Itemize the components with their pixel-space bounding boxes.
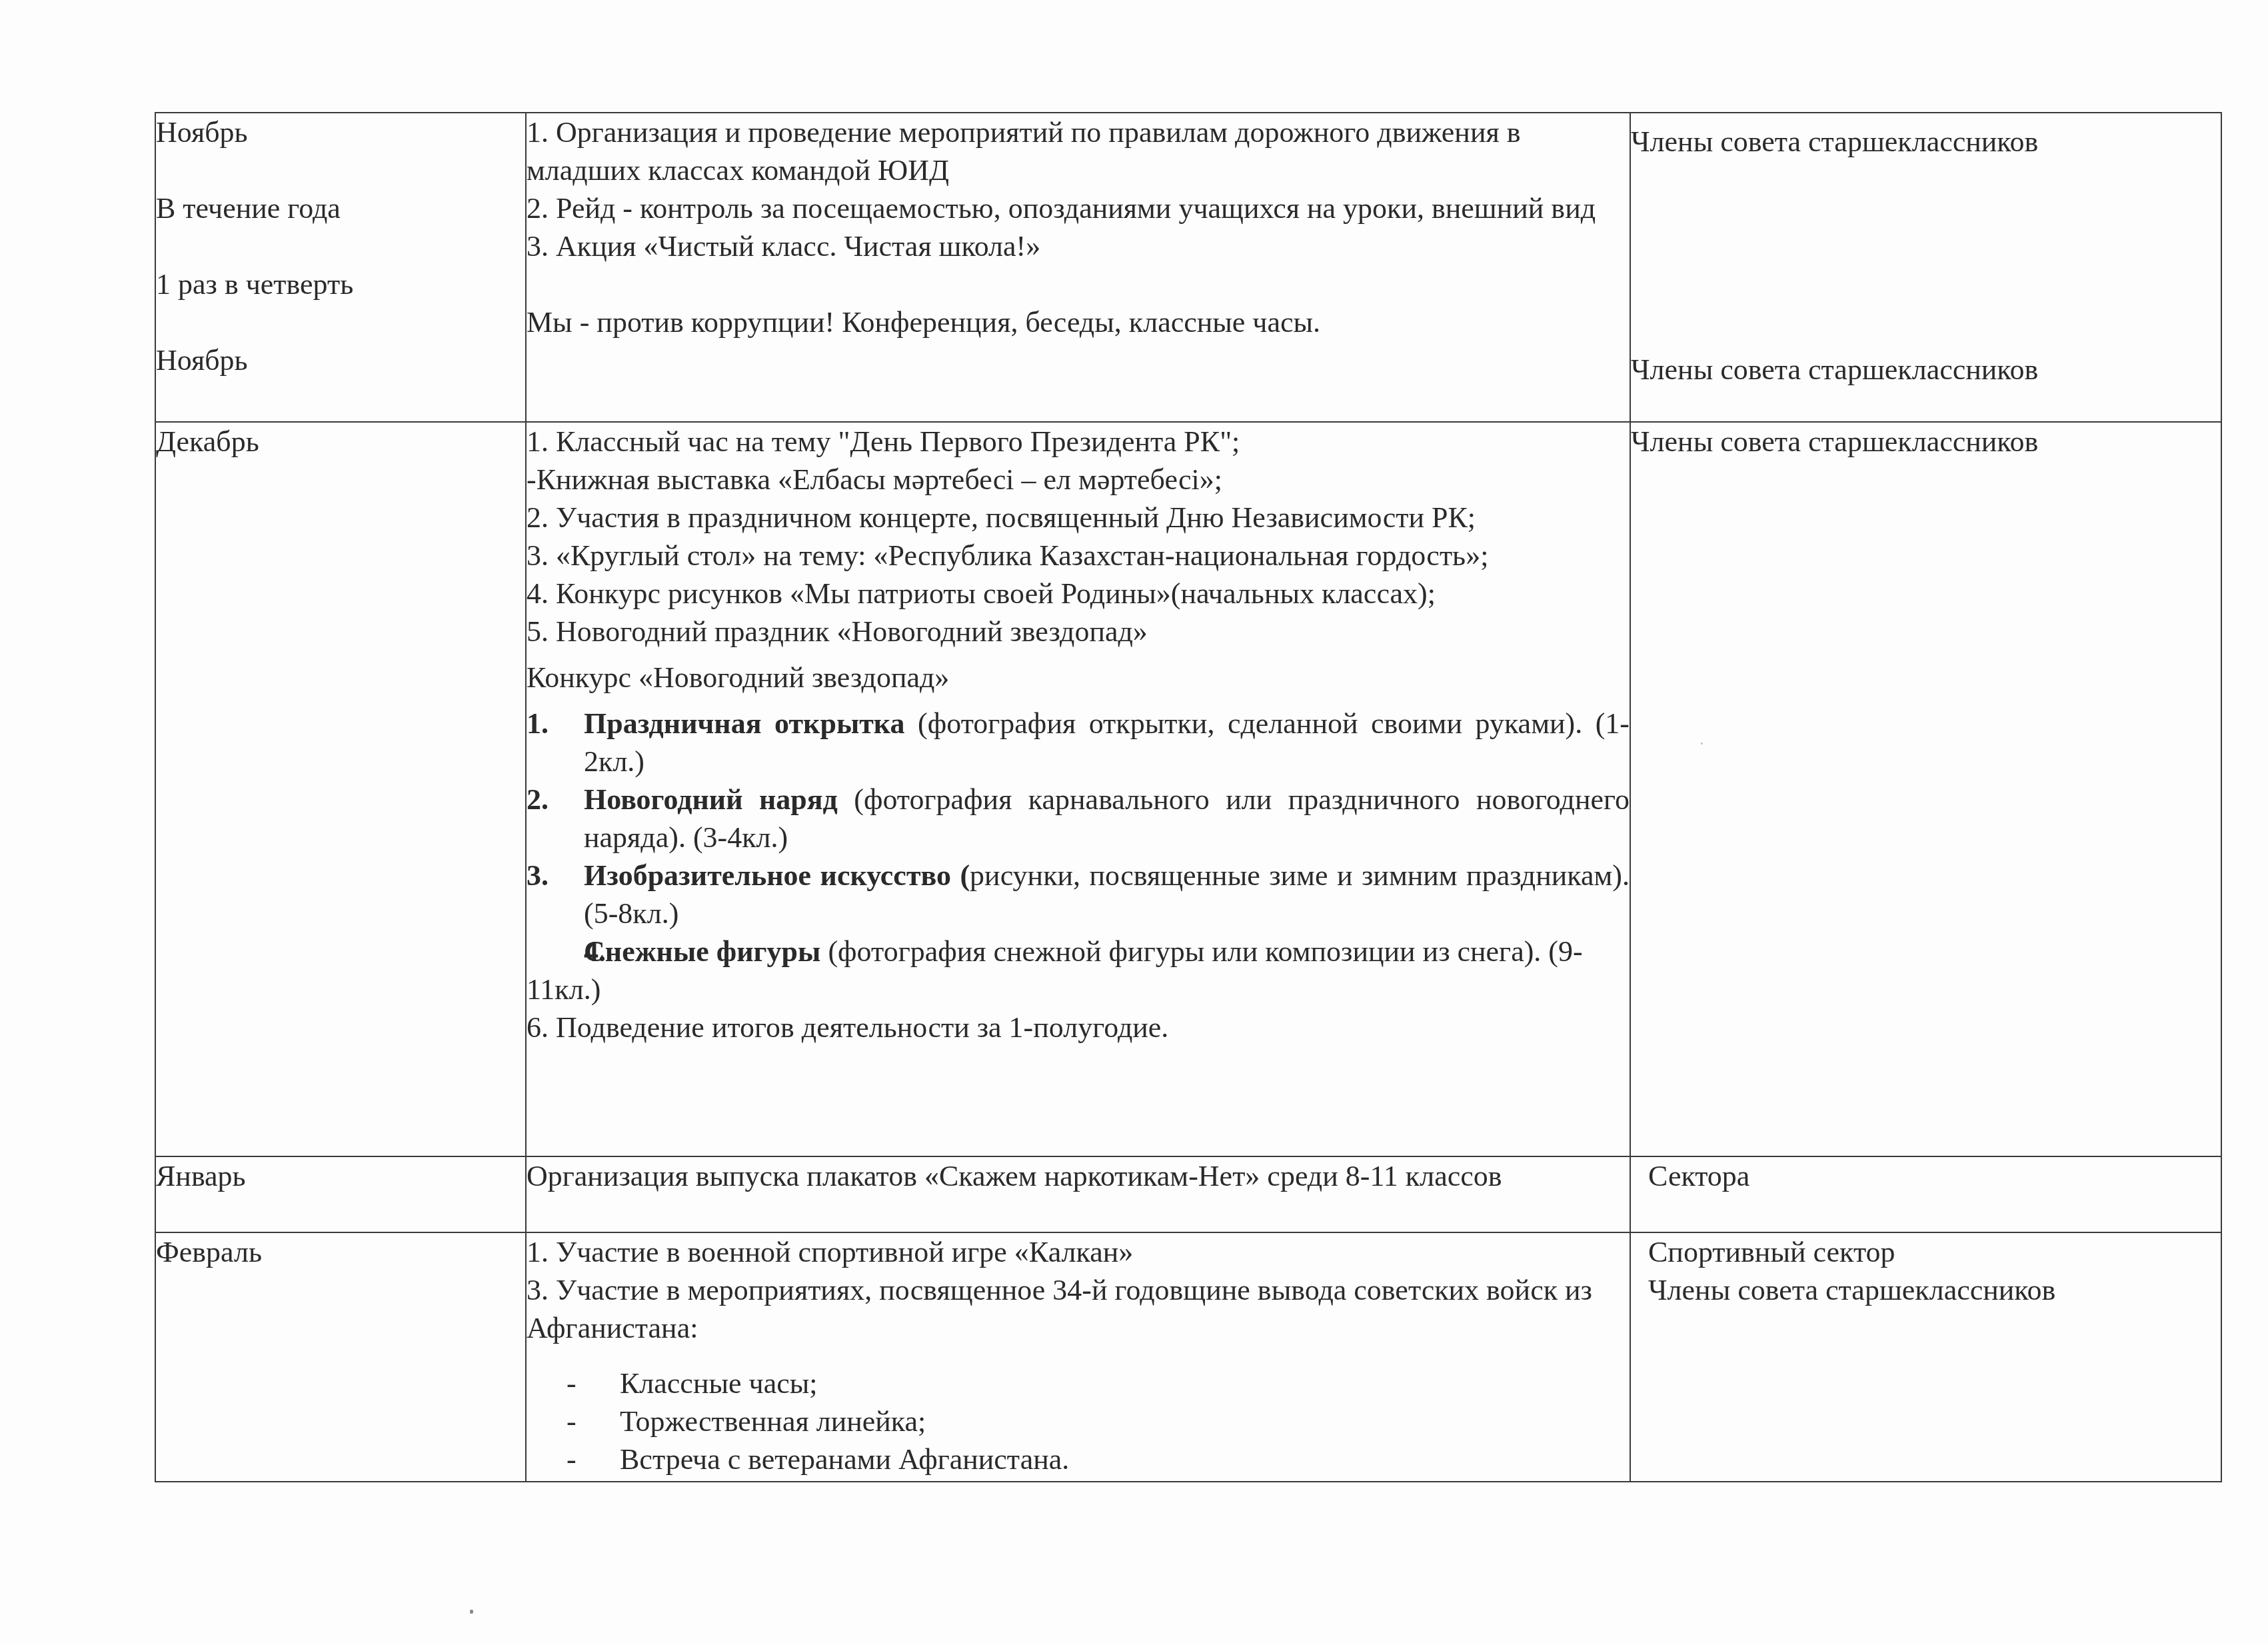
activity-item: 5. Новогодний праздник «Новогодний звезд… — [527, 613, 1630, 651]
responsible-label: Сектора — [1648, 1157, 2221, 1195]
dash-bullet-icon: - — [567, 1364, 576, 1402]
contest-item-number: 2. — [527, 781, 549, 819]
contest-item-title: Снежные фигуры — [584, 935, 820, 968]
sub-item: -Классные часы; — [527, 1364, 1630, 1402]
activity-item: 2. Рейд - контроль за посещаемостью, опо… — [527, 189, 1630, 227]
contest-item-title: Праздничная открытка — [584, 707, 905, 740]
activity-item: 1. Участие в военной спортивной игре «Ка… — [527, 1233, 1630, 1271]
activities-cell: 1. Организация и проведение мероприятий … — [526, 113, 1630, 422]
contest-item-number: 4. — [527, 932, 606, 970]
contest-list: 1.Праздничная открытка (фотография откры… — [527, 705, 1630, 1008]
contest-item: 1.Праздничная открытка (фотография откры… — [527, 705, 1630, 781]
responsible-cell: Сектора — [1630, 1156, 2221, 1232]
sub-item: -Торжественная линейка; — [527, 1402, 1630, 1440]
activity-plan-table: Ноябрь В течение года 1 раз в четверть Н… — [155, 112, 2222, 1482]
dash-bullet-icon: - — [567, 1402, 576, 1440]
contest-item-number: 1. — [527, 705, 549, 743]
scan-speck — [470, 1610, 473, 1614]
contest-title: Конкурс «Новогодний звездопад» — [527, 659, 1630, 697]
activity-item: 3. Акция «Чистый класс. Чистая школа!» — [527, 227, 1630, 265]
period-label: Декабрь — [156, 423, 525, 461]
sub-item-list: -Классные часы; -Торжественная линейка; … — [527, 1364, 1630, 1478]
contest-item-title: Изобразительное искусство ( — [584, 859, 970, 892]
responsible-cell: Члены совета старшеклассников Члены сове… — [1630, 113, 2221, 422]
period-label: В течение года — [156, 189, 525, 227]
table-row-december: Декабрь 1. Классный час на тему "День Пе… — [155, 422, 2221, 1156]
responsible-label: Члены совета старшеклассников — [1631, 423, 2221, 461]
contest-item: 2.Новогодний наряд (фотография карнаваль… — [527, 781, 1630, 856]
period-label: Ноябрь — [156, 341, 525, 379]
scan-speck — [1701, 743, 1703, 745]
activity-item: 1. Организация и проведение мероприятий … — [527, 113, 1630, 189]
responsible-cell: Спортивный сектор Члены совета старшекла… — [1630, 1232, 2221, 1482]
responsible-cell: Члены совета старшеклассников — [1630, 422, 2221, 1156]
activity-item: 6. Подведение итогов деятельности за 1-п… — [527, 1008, 1630, 1046]
period-label: Ноябрь — [156, 113, 525, 151]
sub-item-text: Торжественная линейка; — [620, 1405, 926, 1438]
dash-bullet-icon: - — [567, 1440, 576, 1478]
period-cell: Февраль — [155, 1232, 526, 1482]
activity-item: 1. Классный час на тему "День Первого Пр… — [527, 423, 1630, 461]
activity-item: Организация выпуска плакатов «Скажем нар… — [527, 1157, 1630, 1195]
contest-item: 4.Снежные фигуры (фотография снежной фиг… — [527, 932, 1630, 1008]
period-label: Февраль — [156, 1233, 525, 1271]
table-row-february: Февраль 1. Участие в военной спортивной … — [155, 1232, 2221, 1482]
sub-item-text: Классные часы; — [620, 1367, 818, 1400]
responsible-label: Члены совета старшеклассников — [1631, 123, 2221, 161]
scanned-page: Ноябрь В течение года 1 раз в четверть Н… — [0, 0, 2268, 1643]
period-label: 1 раз в четверть — [156, 265, 525, 303]
contest-item-number: 3. — [527, 856, 549, 894]
table-row-january: Январь Организация выпуска плакатов «Ска… — [155, 1156, 2221, 1232]
contest-item: 3.Изобразительное искусство (рисунки, по… — [527, 856, 1630, 932]
responsible-label: Спортивный сектор — [1648, 1233, 2221, 1271]
activities-cell: Организация выпуска плакатов «Скажем нар… — [526, 1156, 1630, 1232]
responsible-label: Члены совета старшеклассников — [1631, 351, 2221, 389]
activity-item: 3. «Круглый стол» на тему: «Республика К… — [527, 537, 1630, 575]
period-cell: Ноябрь В течение года 1 раз в четверть Н… — [155, 113, 526, 422]
period-cell: Январь — [155, 1156, 526, 1232]
activity-item: 4. Конкурс рисунков «Мы патриоты своей Р… — [527, 575, 1630, 613]
activity-item: 3. Участие в мероприятиях, посвященное 3… — [527, 1271, 1630, 1347]
activity-item: Мы - против коррупции! Конференция, бесе… — [527, 303, 1630, 341]
contest-item-title: Новогодний наряд — [584, 783, 838, 816]
activities-cell: 1. Участие в военной спортивной игре «Ка… — [526, 1232, 1630, 1482]
activities-cell: 1. Классный час на тему "День Первого Пр… — [526, 422, 1630, 1156]
activity-item: 2. Участия в праздничном концерте, посвя… — [527, 499, 1630, 537]
activity-item: -Книжная выставка «Елбасы мәртебесі – ел… — [527, 461, 1630, 499]
sub-item-text: Встреча с ветеранами Афганистана. — [620, 1443, 1069, 1476]
sub-item: -Встреча с ветеранами Афганистана. — [527, 1440, 1630, 1478]
responsible-label: Члены совета старшеклассников — [1648, 1271, 2221, 1309]
table-row-november: Ноябрь В течение года 1 раз в четверть Н… — [155, 113, 2221, 422]
period-cell: Декабрь — [155, 422, 526, 1156]
period-label: Январь — [156, 1157, 525, 1195]
